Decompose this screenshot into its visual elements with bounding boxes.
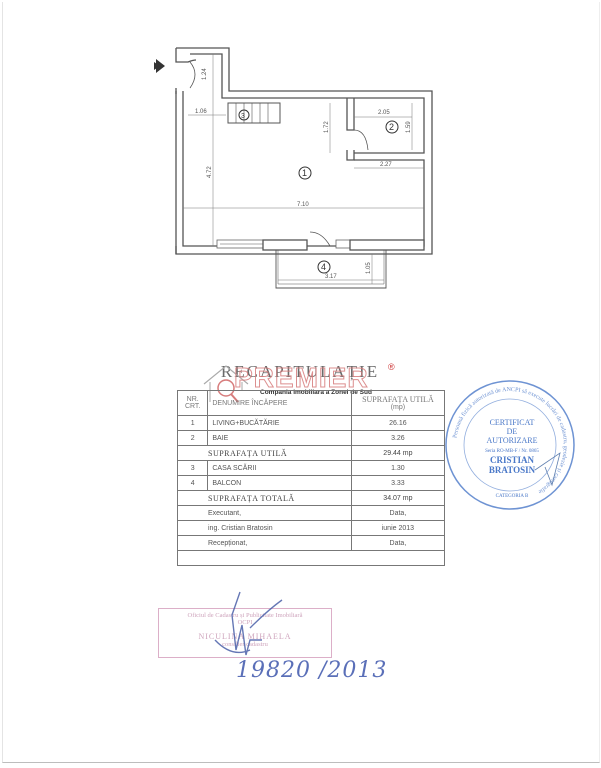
table-row: 1 LIVING+BUCĂTĂRIE 26.16 — [178, 416, 445, 431]
header-unit: (mp) — [356, 404, 440, 411]
grand-total-label: SUPRAFAȚA TOTALĂ — [178, 491, 352, 506]
cadastre-stamp: Oficiul de Cadastru și Publicitate Imobi… — [158, 608, 332, 658]
cadastre-stamp-line-4: consilier cadastru — [159, 641, 331, 648]
footer-row: ing. Cristian Bratosin iunie 2013 — [178, 521, 445, 536]
row-name: CASA SCĂRII — [208, 461, 351, 476]
footer-right: Data, — [351, 536, 444, 551]
row-nr: 1 — [178, 416, 208, 431]
footer-row: Executant, Data, — [178, 506, 445, 521]
row-area: 3.33 — [351, 476, 444, 491]
entrance-arrow-icon — [154, 59, 165, 73]
cadastre-stamp-line-1: Oficiul de Cadastru și Publicitate Imobi… — [159, 612, 331, 619]
stamp-line-1: CERTIFICAT — [490, 418, 535, 427]
footer-left: ing. Cristian Bratosin — [178, 521, 352, 536]
header-nr: NR. CRT. — [178, 391, 208, 416]
room-label-4: 4 — [321, 262, 326, 272]
stamp-line-2: DE — [507, 427, 518, 436]
footer-left: Executant, — [178, 506, 352, 521]
table-row: 4 BALCON 3.33 — [178, 476, 445, 491]
footer-row: Recepționat, Data, — [178, 536, 445, 551]
grand-total-row: SUPRAFAȚA TOTALĂ 34.07 mp — [178, 491, 445, 506]
row-name: BAIE — [208, 431, 351, 446]
stamp-line-3: AUTORIZARE — [487, 436, 538, 445]
row-area: 26.16 — [351, 416, 444, 431]
useful-total-row: SUPRAFAȚA UTILĂ 29.44 mp — [178, 446, 445, 461]
dim-living-depth: 4.72 — [207, 166, 213, 178]
row-nr: 4 — [178, 476, 208, 491]
dim-entry-width: 1.24 — [202, 68, 208, 80]
grand-total-value: 34.07 mp — [351, 491, 444, 506]
empty-cell — [178, 551, 445, 566]
stamp-signature-mark — [535, 453, 560, 485]
dim-stair-offset: 1.06 — [195, 109, 207, 115]
table-row: 3 CASA SCĂRII 1.30 — [178, 461, 445, 476]
dim-bath-wall: 2.27 — [380, 162, 392, 168]
useful-total-label: SUPRAFAȚA UTILĂ — [178, 446, 352, 461]
cadastre-stamp-line-2: OCPI — [159, 619, 331, 626]
floor-plan: 1.24 1.06 2.05 1.59 1.72 2.27 4.72 7.10 … — [0, 0, 601, 300]
header-value-label: SUPRAFAȚA UTILĂ — [356, 395, 440, 404]
dim-hall-depth: 1.72 — [324, 121, 330, 133]
footer-right: iunie 2013 — [351, 521, 444, 536]
row-nr: 2 — [178, 431, 208, 446]
dim-bath-width: 2.05 — [378, 110, 390, 116]
empty-row — [178, 551, 445, 566]
useful-total-value: 29.44 mp — [351, 446, 444, 461]
footer-right: Data, — [351, 506, 444, 521]
row-area: 1.30 — [351, 461, 444, 476]
dim-balcony-width: 3.17 — [325, 274, 337, 280]
recap-title: RECAPITULAȚIE — [215, 362, 385, 382]
header-value: SUPRAFAȚA UTILĂ (mp) — [351, 391, 444, 416]
row-nr: 3 — [178, 461, 208, 476]
stamp-line-6: BRATOSIN — [489, 465, 536, 475]
stamp-line-4: Seria RO-MB-F / Nr. 0865 — [485, 449, 539, 454]
header-name: DENUMIRE ÎNCĂPERE — [208, 391, 351, 416]
row-name: BALCON — [208, 476, 351, 491]
recap-table: NR. CRT. DENUMIRE ÎNCĂPERE SUPRAFAȚA UTI… — [177, 390, 445, 566]
table-row: 2 BAIE 3.26 — [178, 431, 445, 446]
cadastre-stamp-line-3: NICULINA MIHAELA — [159, 632, 331, 641]
room-label-3: 3 — [241, 113, 245, 120]
dim-bath-depth: 1.59 — [406, 121, 412, 133]
stamp-line-5: CRISTIAN — [490, 455, 535, 465]
dim-total-width: 7.10 — [297, 202, 309, 208]
room-label-1: 1 — [302, 168, 307, 178]
row-area: 3.26 — [351, 431, 444, 446]
room-label-2: 2 — [389, 122, 394, 132]
authorization-stamp: Persoană fizică autorizată de ANCPI să e… — [440, 375, 580, 515]
stamp-bottom-text: CATEGORIA B — [496, 494, 529, 499]
dim-balcony-depth: 1.05 — [366, 262, 372, 274]
handwritten-registration-number: 19820 /2013 — [236, 658, 387, 683]
row-name: LIVING+BUCĂTĂRIE — [208, 416, 351, 431]
table-header: NR. CRT. DENUMIRE ÎNCĂPERE SUPRAFAȚA UTI… — [178, 391, 445, 416]
footer-left: Recepționat, — [178, 536, 352, 551]
